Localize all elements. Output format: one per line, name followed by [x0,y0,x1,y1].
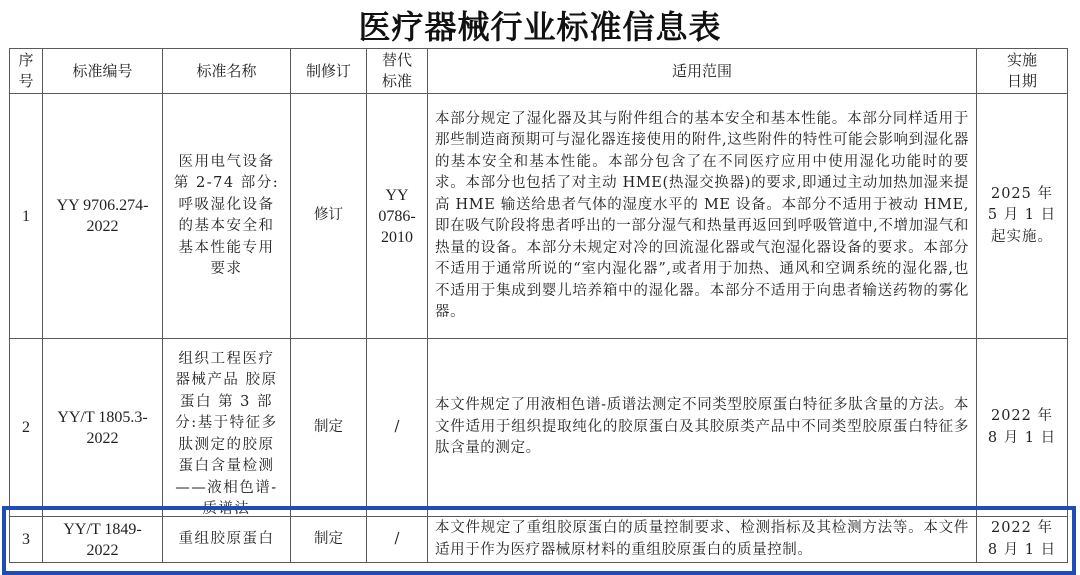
cell-seq: 1 [10,94,43,339]
table-header-row: 序号 标准编号 标准名称 制修订 替代标准 适用范围 实施日期 [10,49,1068,94]
cell-date: 2022 年 8 月 1 日 [977,339,1068,517]
cell-date: 2022 年 8 月 1 日 [977,517,1068,563]
header-type: 制修订 [291,49,367,94]
cell-seq: 3 [10,517,43,563]
table-row: 3 YY/T 1849-2022 重组胶原蛋白 制定 / 本文件规定了重组胶原蛋… [10,517,1068,563]
cell-scope: 本部分规定了湿化器及其与附件组合的基本安全和基本性能。本部分同样适用于那些制造商… [428,94,977,339]
standards-table: 序号 标准编号 标准名称 制修订 替代标准 适用范围 实施日期 1 YY 970… [9,48,1068,563]
header-name: 标准名称 [163,49,291,94]
cell-name: 重组胶原蛋白 [163,517,291,563]
cell-type: 制定 [291,339,367,517]
cell-name: 医用电气设备第 2-74 部分:呼吸湿化设备的基本安全和基本性能专用要求 [163,94,291,339]
header-date: 实施日期 [977,49,1068,94]
header-seq: 序号 [10,49,43,94]
cell-code: YY/T 1805.3-2022 [43,339,163,517]
cell-date: 2025 年 5 月 1 日起实施。 [977,94,1068,339]
cell-seq: 2 [10,339,43,517]
cell-type: 制定 [291,517,367,563]
cell-scope: 本文件规定了重组胶原蛋白的质量控制要求、检测指标及其检测方法等。本文件适用于作为… [428,517,977,563]
header-replaces: 替代标准 [367,49,428,94]
table-row: 2 YY/T 1805.3-2022 组织工程医疗器械产品 胶原蛋白 第 3 部… [10,339,1068,517]
cell-replaces: / [367,339,428,517]
cell-replaces: YY 0786-2010 [367,94,428,339]
header-scope: 适用范围 [428,49,977,94]
cell-code: YY 9706.274-2022 [43,94,163,339]
cell-type: 修订 [291,94,367,339]
page-title: 医疗器械行业标准信息表 [0,6,1080,48]
cell-replaces: / [367,517,428,563]
table-row: 1 YY 9706.274-2022 医用电气设备第 2-74 部分:呼吸湿化设… [10,94,1068,339]
cell-name: 组织工程医疗器械产品 胶原蛋白 第 3 部分:基于特征多肽测定的胶原蛋白含量检测… [163,339,291,517]
header-code: 标准编号 [43,49,163,94]
cell-code: YY/T 1849-2022 [43,517,163,563]
cell-scope: 本文件规定了用液相色谱-质谱法测定不同类型胶原蛋白特征多肽含量的方法。本文件适用… [428,339,977,517]
